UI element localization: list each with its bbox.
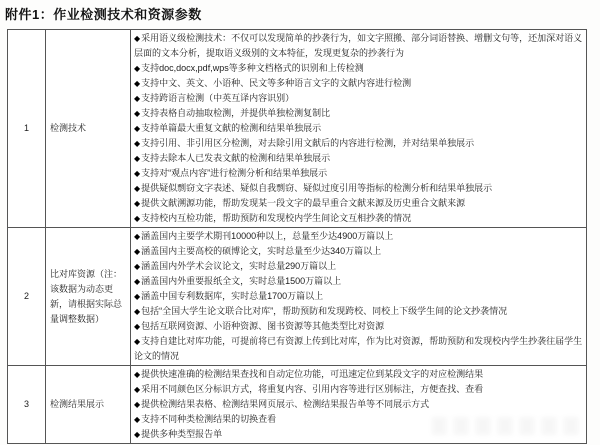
bullet-item: ◆采用语义级检测技术：不仅可以发现简单的抄袭行为，如文字照搬、部分词语替换、增删… xyxy=(134,31,584,61)
diamond-bullet-icon: ◆ xyxy=(134,232,140,241)
diamond-bullet-icon: ◆ xyxy=(134,292,140,301)
row-items: ◆涵盖国内主要学术期刊10000种以上，总量至少达4900万篇以上◆涵盖国内主要… xyxy=(131,228,587,366)
diamond-bullet-icon: ◆ xyxy=(134,400,140,409)
diamond-bullet-icon: ◆ xyxy=(134,124,140,133)
diamond-bullet-icon: ◆ xyxy=(134,307,140,316)
bullet-text: 支持自建比对库功能，可提前将已有资源上传到比对库，作为比对资源，帮助预防和发现校… xyxy=(134,336,582,361)
bullet-text: 支持校内互检功能，帮助预防和发现校内学生间论文互相抄袭的情况 xyxy=(141,213,411,223)
bullet-text: 提供快速准确的检测结果查找和自动定位功能，可迅速定位到某段文字的对应检测结果 xyxy=(141,369,483,379)
bullet-text: 支持引用、非引用区分检测，对去除引用文献后的内容进行检测，并对结果单独展示 xyxy=(141,138,474,148)
bullet-text: 涵盖中国专利数据库，实时总量1700万篇以上 xyxy=(141,291,323,301)
bullet-item: ◆支持去除本人已发表文献的检测和结果单独展示 xyxy=(134,151,584,166)
bullet-text: 支持跨语言检测（中英互译内容识别） xyxy=(141,93,294,103)
diamond-bullet-icon: ◆ xyxy=(134,214,140,223)
bullet-text: 支持去除本人已发表文献的检测和结果单独展示 xyxy=(141,153,330,163)
bullet-item: ◆涵盖中国专利数据库，实时总量1700万篇以上 xyxy=(134,289,584,304)
bullet-text: 采用不同颜色区分标识方式，将重复内容、引用内容等进行区别标注，方便查找、查看 xyxy=(141,384,483,394)
bullet-text: 涵盖国内外重要报纸全文，实时总量1500万篇以上 xyxy=(141,276,341,286)
diamond-bullet-icon: ◆ xyxy=(134,199,140,208)
bullet-item: ◆提供快速准确的检测结果查找和自动定位功能，可迅速定位到某段文字的对应检测结果 xyxy=(134,367,584,382)
bullet-text: 支持中文、英文、小语种、民文等多种语言文字的文献内容进行检测 xyxy=(141,78,411,88)
bullet-item: ◆包括“全国大学生论文联合比对库”，帮助预防和发现跨校、同校上下级学生间的论文抄… xyxy=(134,304,584,319)
diamond-bullet-icon: ◆ xyxy=(134,64,140,73)
diamond-bullet-icon: ◆ xyxy=(134,109,140,118)
diamond-bullet-icon: ◆ xyxy=(134,79,140,88)
diamond-bullet-icon: ◆ xyxy=(134,94,140,103)
bullet-text: 提供文献溯源功能，帮助发现某一段文字的最早重合文献来源及历史重合文献来源 xyxy=(141,198,465,208)
bullet-item: ◆提供疑似剽窃文字表述、疑似自我剽窃、疑似过度引用等指标的检测分析和结果单独展示 xyxy=(134,181,584,196)
page-title: 附件1：作业检测技术和资源参数 xyxy=(5,4,202,23)
diamond-bullet-icon: ◆ xyxy=(134,34,140,43)
bullet-item: ◆支持不同种类检测结果的切换查看 xyxy=(134,412,584,427)
bullet-item: ◆支持doc,docx,pdf,wps等多种文档格式的识别和上传检测 xyxy=(134,61,584,76)
parameters-table: 1 检测技术 ◆采用语义级检测技术：不仅可以发现简单的抄袭行为，如文字照搬、部分… xyxy=(7,29,587,444)
bullet-item: ◆提供检测结果表格、检测结果网页展示、检测结果报告单等不同展示方式 xyxy=(134,397,584,412)
bullet-item: ◆支持引用、非引用区分检测，对去除引用文献后的内容进行检测，并对结果单独展示 xyxy=(134,136,584,151)
bullet-text: 支持doc,docx,pdf,wps等多种文档格式的识别和上传检测 xyxy=(141,63,364,73)
bullet-text: 涵盖国内主要高校的硕博论文，实时总量至少达340万篇以上 xyxy=(141,246,381,256)
bullet-item: ◆支持对“观点内容”进行检测分析和结果单独展示 xyxy=(134,166,584,181)
bullet-text: 包括互联网资源、小语种资源、图书资源等其他类型比对资源 xyxy=(141,321,384,331)
bullet-text: 涵盖国内外学术会议论文，实时总量290万篇以上 xyxy=(141,261,336,271)
diamond-bullet-icon: ◆ xyxy=(134,415,140,424)
diamond-bullet-icon: ◆ xyxy=(134,277,140,286)
diamond-bullet-icon: ◆ xyxy=(134,169,140,178)
bullet-text: 采用语义级检测技术：不仅可以发现简单的抄袭行为，如文字照搬、部分词语替换、增删文… xyxy=(134,33,582,58)
diamond-bullet-icon: ◆ xyxy=(134,322,140,331)
diamond-bullet-icon: ◆ xyxy=(134,370,140,379)
bullet-item: ◆包括互联网资源、小语种资源、图书资源等其他类型比对资源 xyxy=(134,319,584,334)
bullet-item: ◆支持校内互检功能，帮助预防和发现校内学生间论文互相抄袭的情况 xyxy=(134,211,584,226)
row-label: 比对库资源（注：该数据为动态更新，请根据实际总量调整数据） xyxy=(46,228,131,366)
diamond-bullet-icon: ◆ xyxy=(134,247,140,256)
bullet-text: 提供多种类型报告单 xyxy=(141,429,222,439)
diamond-bullet-icon: ◆ xyxy=(134,337,140,346)
bullet-text: 支持单篇最大重复文献的检测和结果单独展示 xyxy=(141,123,321,133)
bullet-item: ◆支持跨语言检测（中英互译内容识别） xyxy=(134,91,584,106)
bullet-item: ◆涵盖国内主要学术期刊10000种以上，总量至少达4900万篇以上 xyxy=(134,229,584,244)
diamond-bullet-icon: ◆ xyxy=(134,184,140,193)
bullet-text: 支持不同种类检测结果的切换查看 xyxy=(141,414,276,424)
row-label: 检测结果展示 xyxy=(46,366,131,444)
bullet-item: ◆支持自建比对库功能，可提前将已有资源上传到比对库，作为比对资源，帮助预防和发现… xyxy=(134,334,584,364)
row-number: 2 xyxy=(8,228,46,366)
bullet-item: ◆涵盖国内外重要报纸全文，实时总量1500万篇以上 xyxy=(134,274,584,289)
diamond-bullet-icon: ◆ xyxy=(134,430,140,439)
row-items: ◆采用语义级检测技术：不仅可以发现简单的抄袭行为，如文字照搬、部分词语替换、增删… xyxy=(131,30,587,228)
row-items: ◆提供快速准确的检测结果查找和自动定位功能，可迅速定位到某段文字的对应检测结果◆… xyxy=(131,366,587,444)
table-row: 1 检测技术 ◆采用语义级检测技术：不仅可以发现简单的抄袭行为，如文字照搬、部分… xyxy=(8,30,587,228)
bullet-text: 提供检测结果表格、检测结果网页展示、检测结果报告单等不同展示方式 xyxy=(141,399,429,409)
bullet-text: 支持对“观点内容”进行检测分析和结果单独展示 xyxy=(141,168,327,178)
row-number: 1 xyxy=(8,30,46,228)
diamond-bullet-icon: ◆ xyxy=(134,385,140,394)
diamond-bullet-icon: ◆ xyxy=(134,139,140,148)
bullet-item: ◆支持表格自动抽取检测，并提供单独检测复制比 xyxy=(134,106,584,121)
table-row: 3 检测结果展示 ◆提供快速准确的检测结果查找和自动定位功能，可迅速定位到某段文… xyxy=(8,366,587,444)
row-number: 3 xyxy=(8,366,46,444)
bullet-item: ◆提供多种类型报告单 xyxy=(134,427,584,442)
bullet-text: 涵盖国内主要学术期刊10000种以上，总量至少达4900万篇以上 xyxy=(141,231,393,241)
bullet-item: ◆采用不同颜色区分标识方式，将重复内容、引用内容等进行区别标注，方便查找、查看 xyxy=(134,382,584,397)
bullet-text: 包括“全国大学生论文联合比对库”，帮助预防和发现跨校、同校上下级学生间的论文抄袭… xyxy=(141,306,507,316)
bullet-item: ◆涵盖国内主要高校的硕博论文，实时总量至少达340万篇以上 xyxy=(134,244,584,259)
bullet-item: ◆支持单篇最大重复文献的检测和结果单独展示 xyxy=(134,121,584,136)
diamond-bullet-icon: ◆ xyxy=(134,154,140,163)
bullet-text: 支持表格自动抽取检测，并提供单独检测复制比 xyxy=(141,108,330,118)
row-label: 检测技术 xyxy=(46,30,131,228)
diamond-bullet-icon: ◆ xyxy=(134,262,140,271)
bullet-text: 提供疑似剽窃文字表述、疑似自我剽窃、疑似过度引用等指标的检测分析和结果单独展示 xyxy=(141,183,492,193)
bullet-item: ◆涵盖国内外学术会议论文，实时总量290万篇以上 xyxy=(134,259,584,274)
table-row: 2 比对库资源（注：该数据为动态更新，请根据实际总量调整数据） ◆涵盖国内主要学… xyxy=(8,228,587,366)
document-page: 附件1：作业检测技术和资源参数 1 检测技术 ◆采用语义级检测技术：不仅可以发现… xyxy=(0,0,600,445)
bullet-item: ◆提供文献溯源功能，帮助发现某一段文字的最早重合文献来源及历史重合文献来源 xyxy=(134,196,584,211)
bullet-item: ◆支持中文、英文、小语种、民文等多种语言文字的文献内容进行检测 xyxy=(134,76,584,91)
